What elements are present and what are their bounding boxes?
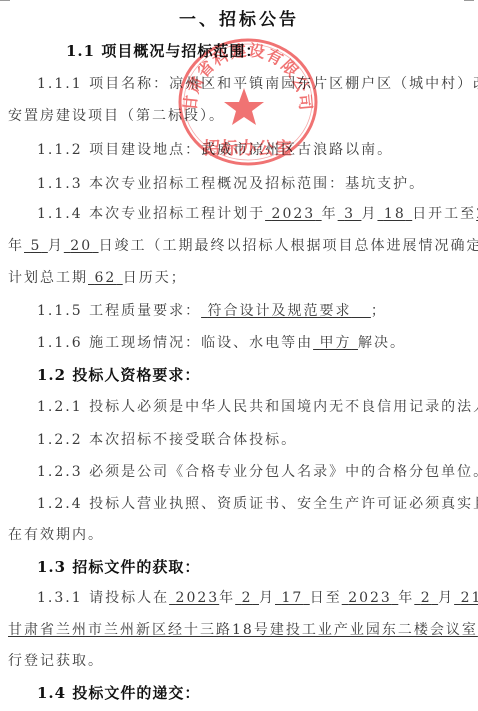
year-label: 年 xyxy=(398,590,414,606)
month-label: 月 xyxy=(438,590,454,606)
section-heading-1-2: 1.2 投标人资格要求： xyxy=(37,365,200,385)
duration-days-value: 62 xyxy=(94,270,116,286)
item-1-2-1: 1.2.1 投标人必须是中华人民共和国境内无不良信用记录的法人。 xyxy=(37,398,478,416)
item-1-1-6-suffix: 解决。 xyxy=(358,335,406,351)
acq-start-year-field: 2023 xyxy=(169,590,219,606)
start-day-value: 18 xyxy=(384,206,406,222)
duration-field: 62 xyxy=(88,270,123,286)
item-1-1-5-prefix: 1.1.5 工程质量要求： xyxy=(37,303,201,319)
item-1-1-4-line-1: 1.1.4 本次专业招标工程计划于 2023 年 3 月 18 日开工至2023 xyxy=(37,205,478,223)
duration-suffix: 日历天； xyxy=(123,270,187,286)
acq-end-month-field: 2 xyxy=(414,590,438,606)
acq-end-day-value: 21 xyxy=(461,590,478,606)
quality-requirement-field: 符合设计及规范要求 xyxy=(201,303,371,319)
end-month-field: 5 xyxy=(24,238,48,254)
end-month-value: 5 xyxy=(30,238,41,254)
star-icon xyxy=(224,88,264,125)
page-corner-mark-left xyxy=(0,0,10,1)
acq-end-year-value: 2023 xyxy=(348,590,392,606)
acq-location-value: 甘肃省兰州市兰州新区经十三路18号建投工业产业园东二楼会议室 xyxy=(8,622,478,638)
section-heading-1-3: 1.3 招标文件的获取： xyxy=(37,557,200,577)
item-1-1-1-line-2: 安置房建设项目（第二标段）。 xyxy=(8,107,225,125)
item-1-3-1-line-3: 行登记获取。 xyxy=(8,652,104,670)
start-year-value: 2023 xyxy=(272,206,316,222)
item-1-2-4-line-2: 在有效期内。 xyxy=(8,526,104,544)
item-1-2-3: 1.2.3 必须是公司《合格专业分包人名录》中的合格分包单位。 xyxy=(37,463,478,481)
item-1-1-3: 1.1.3 本次专业招标工程概况及招标范围：基坑支护。 xyxy=(37,175,425,193)
acq-end-year-field: 2023 xyxy=(342,590,399,606)
start-day-field: 18 xyxy=(377,206,412,222)
item-1-3-1-prefix: 1.3.1 请投标人在 xyxy=(37,590,169,606)
item-1-3-1-mid: 日至 xyxy=(310,590,342,606)
start-month-value: 3 xyxy=(344,206,355,222)
acq-start-day-field: 17 xyxy=(275,590,310,606)
item-1-1-5: 1.1.5 工程质量要求： 符合设计及规范要求 ； xyxy=(37,302,387,320)
start-year-field: 2023 xyxy=(265,206,322,222)
year-label: 年 xyxy=(322,206,338,222)
item-1-1-4-line-3: 计划总工期 62 日历天； xyxy=(8,269,187,287)
item-1-3-1-line-2: 甘肃省兰州市兰州新区经十三路18号建投工业产业园东二楼会议室 进 xyxy=(8,621,478,639)
item-1-3-1-line-1: 1.3.1 请投标人在 2023年 2 月 17 日至 2023 年 2 月 2… xyxy=(37,589,478,607)
month-label: 月 xyxy=(361,206,377,222)
year-label: 年 xyxy=(219,590,235,606)
item-1-1-4-suffix: 日竣工（工期最终以招标人根据项目总体进展情况确定）， xyxy=(99,238,478,254)
item-1-1-4-mid: 日开工至 xyxy=(412,206,476,222)
end-day-value: 20 xyxy=(70,238,92,254)
site-party-field: 甲方 xyxy=(313,335,358,351)
item-1-1-6: 1.1.6 施工现场情况：临设、水电等由 甲方 解决。 xyxy=(37,334,406,352)
start-month-field: 3 xyxy=(338,206,362,222)
month-label: 月 xyxy=(259,590,275,606)
acq-start-month-value: 2 xyxy=(242,590,253,606)
item-1-1-2: 1.1.2 项目建设地点：武威市凉州区古浪路以南。 xyxy=(37,141,393,159)
page-corner-mark-right xyxy=(464,0,474,1)
section-heading-1-4: 1.4 投标文件的递交： xyxy=(37,683,200,703)
page-title: 一、招标公告 xyxy=(0,8,478,32)
site-party-value: 甲方 xyxy=(320,335,352,351)
quality-requirement-value: 符合设计及规范要求 xyxy=(208,303,352,319)
item-1-1-4-prefix: 1.1.4 本次专业招标工程计划于 xyxy=(37,206,265,222)
item-1-2-4-line-1: 1.2.4 投标人营业执照、资质证书、安全生产许可证必须真实且均 xyxy=(37,495,478,513)
end-day-field: 20 xyxy=(64,238,99,254)
acq-start-day-value: 17 xyxy=(281,590,303,606)
item-1-1-5-suffix: ； xyxy=(371,303,387,319)
acq-location-field: 甘肃省兰州市兰州新区经十三路18号建投工业产业园东二楼会议室 xyxy=(8,622,478,638)
section-heading-1-1: 1.1 项目概况与招标范围： xyxy=(66,41,261,61)
acq-start-month-field: 2 xyxy=(235,590,259,606)
duration-prefix: 计划总工期 xyxy=(8,270,88,286)
item-1-1-4-line-2: 年 5 月 20 日竣工（工期最终以招标人根据项目总体进展情况确定）， xyxy=(8,237,478,255)
acq-end-day-field: 21 xyxy=(454,590,478,606)
acq-start-year-value: 2023 xyxy=(176,590,220,606)
year-label: 年 xyxy=(8,238,24,254)
month-label: 月 xyxy=(48,238,64,254)
item-1-2-2: 1.2.2 本次招标不接受联合体投标。 xyxy=(37,431,297,449)
item-1-1-6-prefix: 1.1.6 施工现场情况：临设、水电等由 xyxy=(37,335,313,351)
acq-end-month-value: 2 xyxy=(421,590,432,606)
item-1-1-1-line-1: 1.1.1 项目名称：凉州区和平镇南园东片区棚户区（城中村）改造 xyxy=(37,75,478,93)
